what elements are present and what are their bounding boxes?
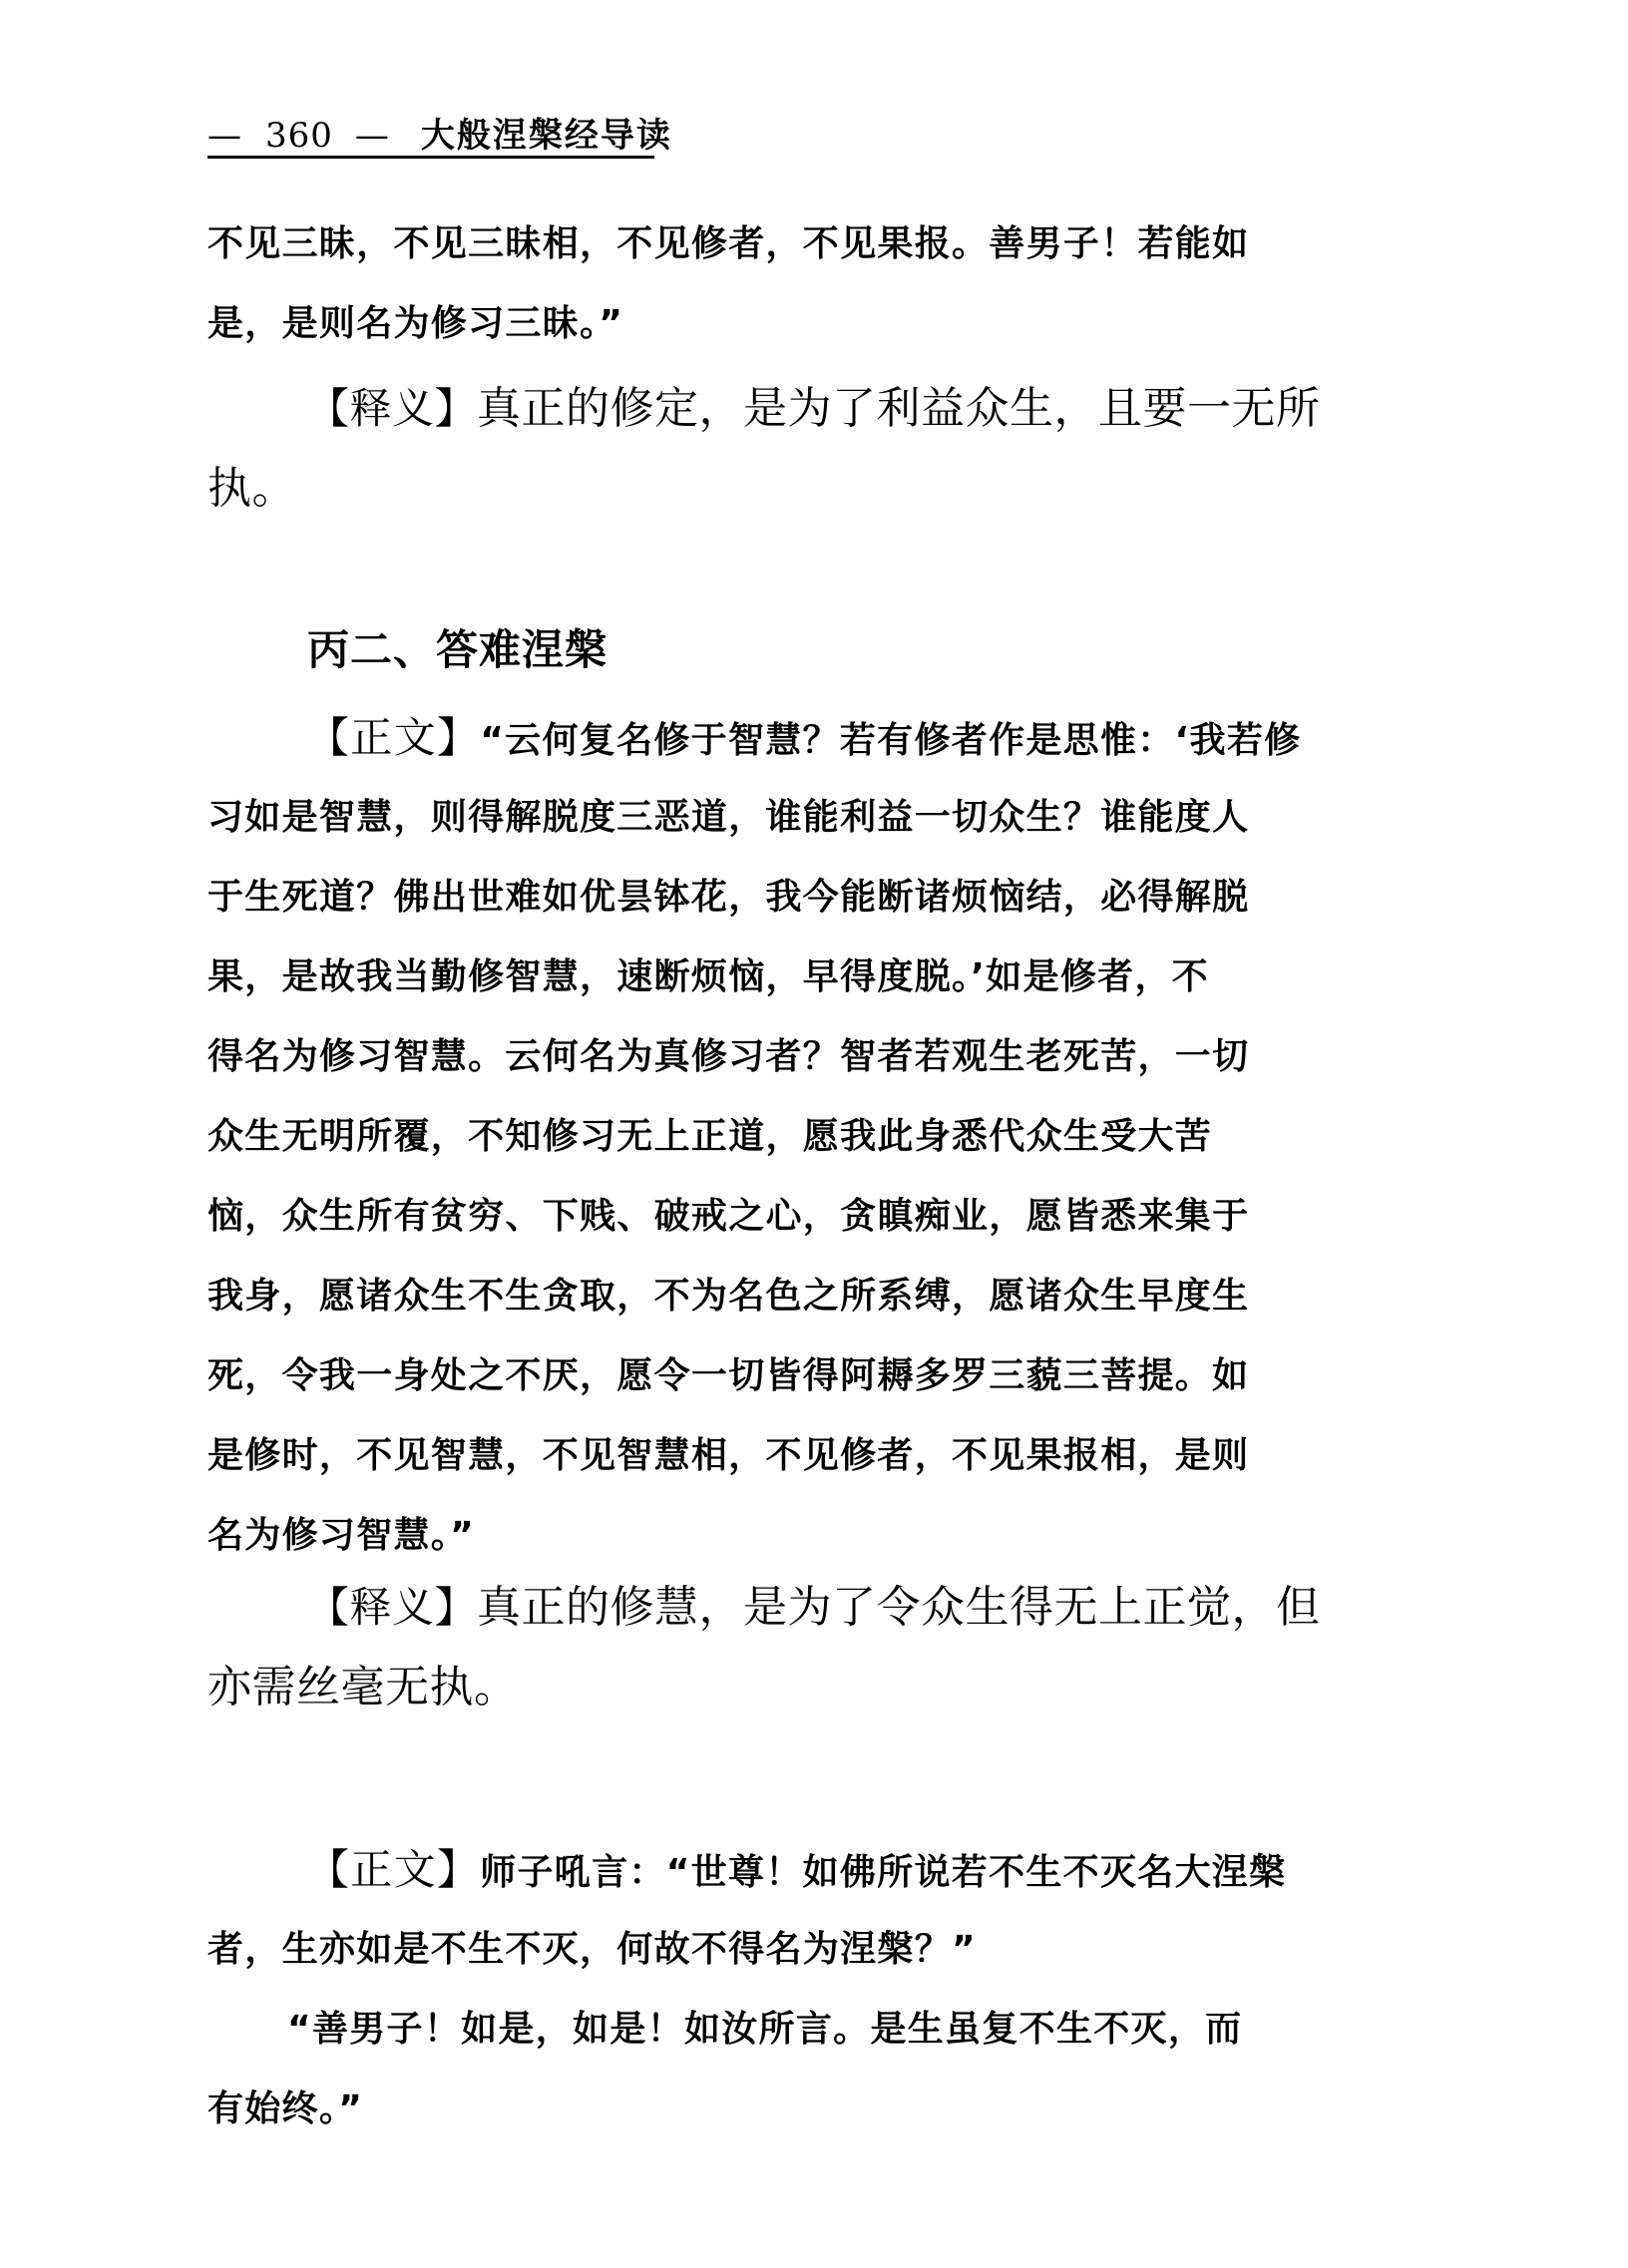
paragraph-scripture-continuation: 不见三昧，不见三昧相，不见修者，不见果报。善男子！若能如 是，是则名为修习三昧。… bbox=[207, 204, 1426, 364]
explanation-tag: 【释义】 bbox=[307, 384, 477, 433]
scripture-tag: 【正文】 bbox=[307, 1845, 480, 1894]
paragraph-scripture-lion-roar: 【正文】师子吼言：“世尊！如佛所说若不生不灭名大涅槃 者，生亦如是不生不灭，何故… bbox=[207, 1830, 1426, 1990]
paragraph-scripture-wisdom: 【正文】“云何复名修于智慧？若有修者作是思惟：‘我若修 习如是智慧，则得解脱度三… bbox=[207, 698, 1426, 1576]
paragraph-explanation-1: 【释义】真正的修定，是为了利益众生，且要一无所 执。 bbox=[207, 369, 1426, 529]
explanation-tag: 【释义】 bbox=[307, 1583, 477, 1632]
page-number: 360 bbox=[265, 116, 333, 156]
scripture-tag: 【正文】 bbox=[307, 713, 480, 762]
paragraph-explanation-2: 【释义】真正的修慧，是为了令众生得无上正觉，但 亦需丝毫无执。 bbox=[207, 1568, 1426, 1727]
text-line: 师子吼言：“世尊！如佛所说若不生不灭名大涅槃 bbox=[480, 1852, 1286, 1893]
text-line: 于生死道？佛出世难如优昙钵花，我今能断诸烦恼结，必得解脱 bbox=[207, 858, 1426, 938]
text-line: 执。 bbox=[207, 449, 1426, 529]
text-line: 死，令我一身处之不厌，愿令一切皆得阿耨多罗三藐三菩提。如 bbox=[207, 1336, 1426, 1416]
section-heading: 丙二、答难涅槃 bbox=[207, 610, 1426, 690]
text-line: 恼，众生所有贫穷、下贱、破戒之心，贪瞋痴业，愿皆悉来集于 bbox=[207, 1177, 1426, 1257]
text-line: 名为修习智慧。” bbox=[207, 1496, 1426, 1576]
text-line: 亦需丝毫无执。 bbox=[207, 1648, 1426, 1727]
text-line: 得名为修习智慧。云何名为真修习者？智者若观生老死苦，一切 bbox=[207, 1017, 1426, 1097]
text-line: 真正的修定，是为了利益众生，且要一无所 bbox=[477, 383, 1321, 434]
header-dash-left: — bbox=[207, 116, 241, 156]
text-line: “云何复名修于智慧？若有修者作是思惟：‘我若修 bbox=[480, 720, 1301, 761]
text-line: 是修时，不见智慧，不见智慧相，不见修者，不见果报相，是则 bbox=[207, 1416, 1426, 1496]
book-title: 大般涅槃经导读 bbox=[421, 116, 672, 156]
text-line: 有始终。” bbox=[207, 2070, 1426, 2149]
text-line: 习如是智慧，则得解脱度三恶道，谁能利益一切众生？谁能度人 bbox=[207, 778, 1426, 858]
text-line: 真正的修慧，是为了令众生得无上正觉，但 bbox=[477, 1582, 1321, 1633]
text-line: “善男子！如是，如是！如汝所言。是生虽复不生不灭，而 bbox=[207, 1990, 1426, 2070]
text-line: 果，是故我当勤修智慧，速断烦恼，早得度脱。’如是修者，不 bbox=[207, 938, 1426, 1017]
paragraph-scripture-reply: “善男子！如是，如是！如汝所言。是生虽复不生不灭，而 有始终。” bbox=[207, 1990, 1426, 2149]
header-dash-right: — bbox=[355, 116, 389, 156]
text-line: 我身，愿诸众生不生贪取，不为名色之所系缚，愿诸众生早度生 bbox=[207, 1257, 1426, 1336]
text-line: 者，生亦如是不生不灭，何故不得名为涅槃？” bbox=[207, 1910, 1426, 1990]
running-header: — 360 — 大般涅槃经导读 bbox=[207, 110, 654, 159]
text-line: 众生无明所覆，不知修习无上正道，愿我此身悉代众生受大苦 bbox=[207, 1097, 1426, 1177]
text-line: 不见三昧，不见三昧相，不见修者，不见果报。善男子！若能如 bbox=[207, 204, 1426, 284]
text-line: 是，是则名为修习三昧。” bbox=[207, 284, 1426, 364]
